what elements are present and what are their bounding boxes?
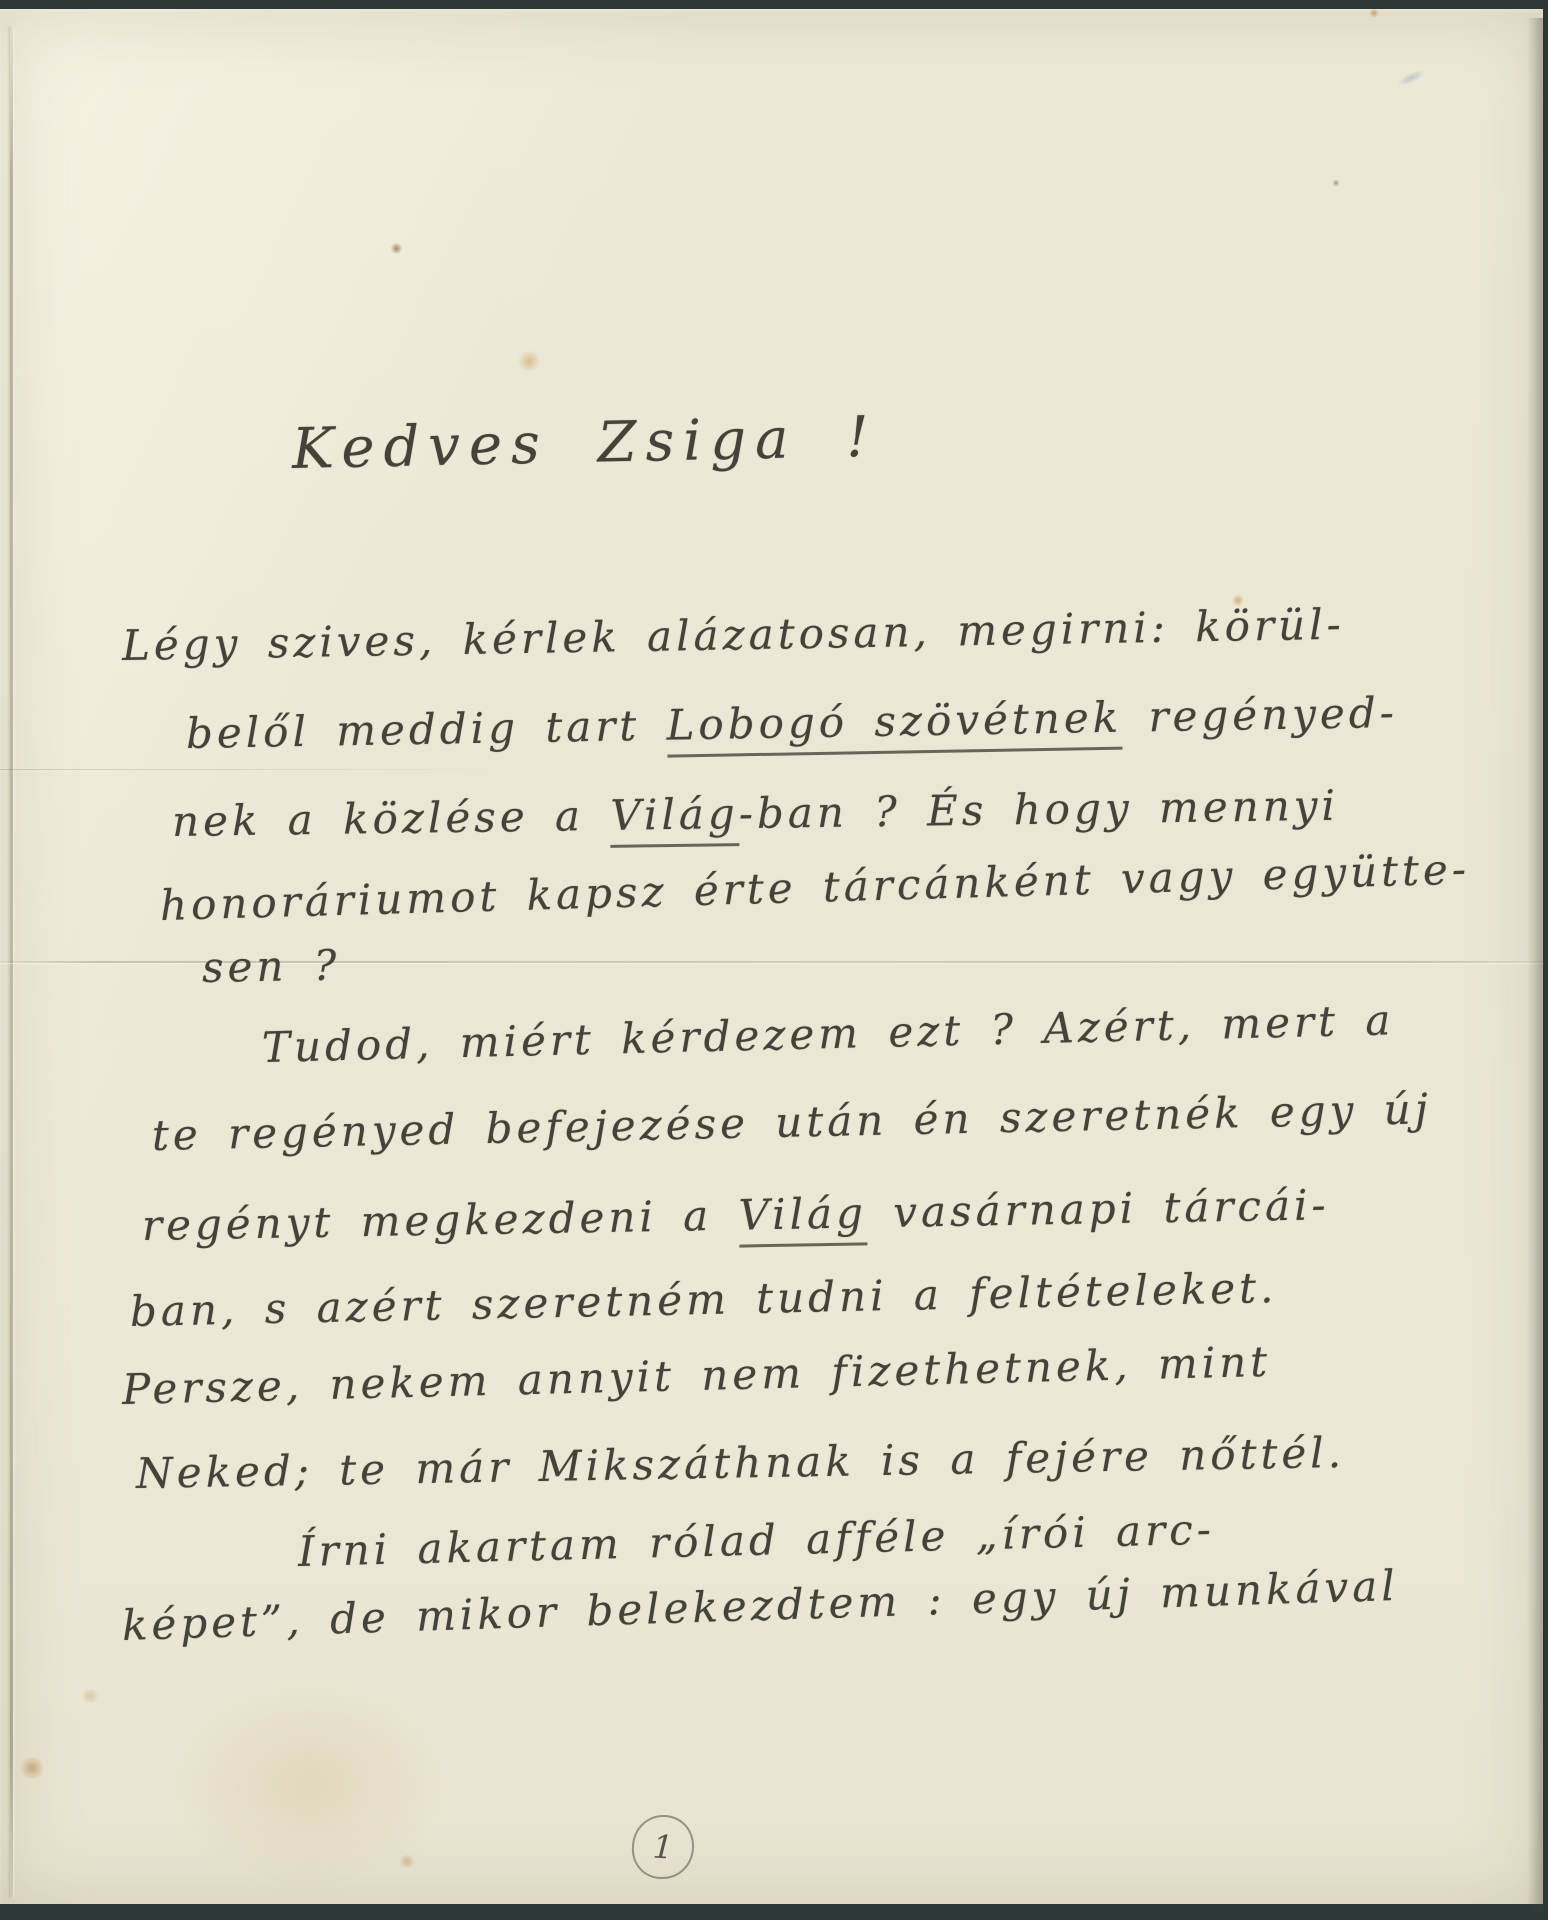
blue-pencil-mark xyxy=(1395,67,1426,89)
letter-line: Írni akartam rólad afféle „írói arc- xyxy=(297,1505,1215,1576)
salutation: Kedves Zsiga ! xyxy=(291,405,878,482)
foxing-stain xyxy=(18,1757,46,1779)
underlined-newspaper-name: Világ xyxy=(610,789,739,848)
underlined-newspaper-name: Világ xyxy=(738,1188,867,1247)
letter-line: Persze, nekem annyit nem fizethetnek, mi… xyxy=(121,1337,1271,1414)
page-number: 1 xyxy=(652,1827,674,1866)
faint-fold-crease xyxy=(0,769,520,770)
salutation-text: Kedves Zsiga ! xyxy=(291,405,878,482)
ink-spot-stain xyxy=(1332,179,1340,187)
scanned-letter-photo: { "letter": { "salutation": "Kedves Zsig… xyxy=(0,0,1548,1920)
letter-line: Tudod, miért kérdezem ezt ? Azért, mert … xyxy=(261,995,1394,1072)
foxing-stain xyxy=(398,1855,416,1868)
foxing-stain xyxy=(80,1689,100,1703)
letter-line: regényt megkezdeni a Világ vasárnapi tár… xyxy=(142,1180,1330,1250)
letter-line: Neked; te már Mikszáthnak is a fejére nő… xyxy=(136,1428,1346,1498)
letter-line: nek a közlése a Világ-ban ? És hogy menn… xyxy=(172,781,1340,846)
letter-page: Kedves Zsiga ! Légy szives, kérlek aláza… xyxy=(0,9,1543,1904)
letter-line: belől meddig tart Lobogó szövétnek regén… xyxy=(186,688,1399,758)
letter-line: ban, s azért szeretném tudni a feltétele… xyxy=(129,1263,1277,1336)
page-number-circle: 1 xyxy=(630,1813,695,1880)
underlined-novel-title: Lobogó szövétnek xyxy=(666,693,1123,758)
foxing-stain xyxy=(1368,9,1380,17)
ink-spot-stain xyxy=(390,243,403,254)
letter-line: Légy szives, kérlek alázatosan, megirni:… xyxy=(122,600,1346,670)
letter-line: sen ? xyxy=(202,941,341,992)
paper-right-edge-shadow xyxy=(1527,18,1543,1913)
foxing-stain xyxy=(516,351,542,371)
letter-line: honoráriumot kapsz érte tárcánként vagy … xyxy=(159,844,1470,930)
letter-line: te regényed befejezése után én szeretnék… xyxy=(151,1084,1432,1160)
ink-bleedthrough-smudge xyxy=(160,1669,460,1899)
